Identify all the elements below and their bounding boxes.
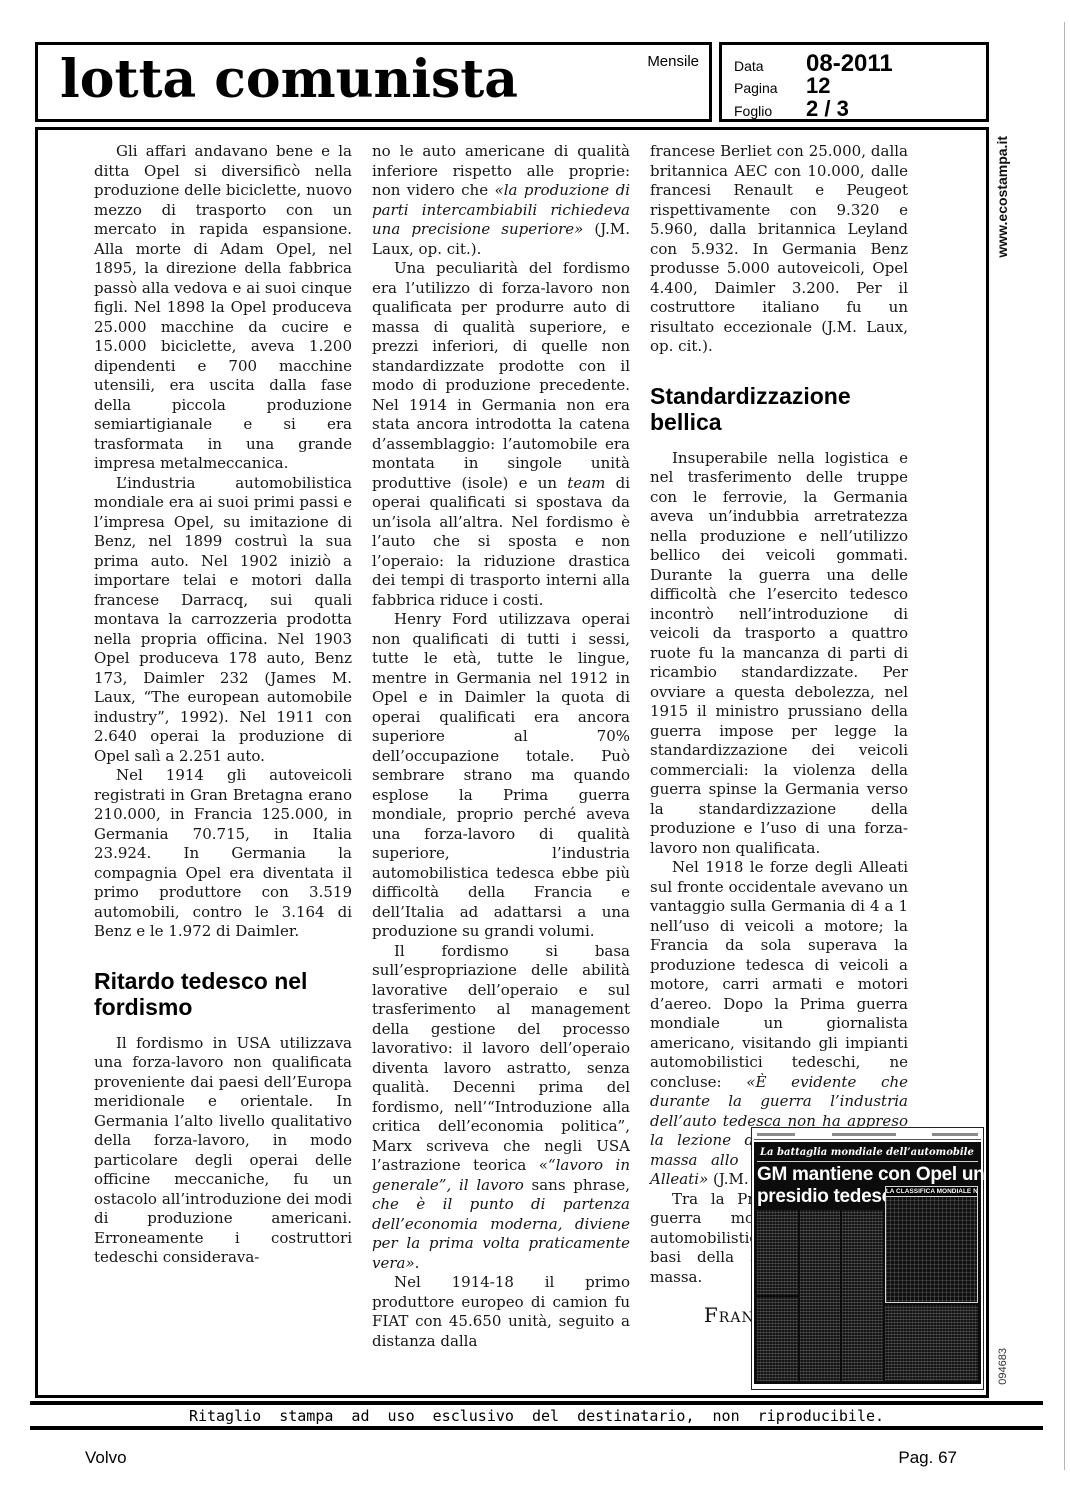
article-frame: Gli affari andavano bene e la ditta Opel… (35, 127, 989, 1398)
inset-header-dash (832, 1133, 896, 1136)
inset-text-columns (757, 1210, 883, 1381)
inset-table-rows (886, 1197, 977, 1302)
inset-left-area: presidio tedesco (757, 1186, 883, 1381)
inset-content-row: presidio tedesco La classifica (757, 1186, 978, 1381)
article-paragraph: Il fordismo si basa sull’espropriazione … (372, 942, 630, 1274)
article-paragraph: Il fordismo in USA utilizzava una forza-… (94, 1034, 352, 1268)
article-paragraph: L’industria automobilistica mondiale era… (94, 474, 352, 767)
meta-label-pagina: Pagina (734, 80, 806, 96)
article-paragraph: Una peculiarità del fordismo era l’utili… (372, 259, 630, 610)
article-paragraph: Insuperabile nella logistica e nel trasf… (650, 449, 908, 859)
footer-page-number: Pag. 67 (898, 1448, 957, 1468)
meta-label-foglio: Foglio (734, 103, 806, 119)
article-paragraph: Nel 1914 gli autoveicoli registrati in G… (94, 766, 352, 942)
meta-value-foglio: 2 / 3 (806, 96, 849, 122)
inset-table-title: La classifica mondiale nel 2010 (886, 1187, 977, 1197)
section-heading: Ritardo tedesco nel fordismo (94, 968, 352, 1020)
inset-text-block (757, 1297, 798, 1382)
inset-header-dash (932, 1133, 978, 1136)
inset-kicker: La battaglia mondiale dell’automobile (757, 1145, 978, 1162)
inset-text-block (885, 1305, 978, 1381)
article-column-2: no le auto americane di qualità inferior… (372, 142, 630, 1351)
publication-frequency: Mensile (647, 53, 699, 70)
article-paragraph: no le auto americane di qualità inferior… (372, 142, 630, 259)
press-clipping-page: lotta comunista Mensile Data 08-2011 Pag… (0, 0, 1070, 1500)
article-column-1: Gli affari andavano bene e la ditta Opel… (94, 142, 352, 1351)
inset-right-area: La classifica mondiale nel 2010 (885, 1186, 978, 1381)
meta-label-data: Data (734, 58, 806, 74)
meta-row-data: Data 08-2011 (734, 50, 974, 73)
meta-row-foglio: Foglio 2 / 3 (734, 96, 974, 119)
article-paragraph: Henry Ford utilizzava operai non qualifi… (372, 610, 630, 942)
inset-text-block (757, 1210, 798, 1295)
article-paragraph: francese Berliet con 25.000, dalla brita… (650, 142, 908, 357)
inset-text-column (842, 1210, 883, 1381)
section-heading: Standardizzazione bellica (650, 383, 908, 435)
inset-text-column (757, 1210, 798, 1381)
publication-title: lotta comunista (60, 49, 518, 110)
inset-clipping-body: La battaglia mondiale dell’automobile GM… (754, 1142, 981, 1384)
inset-mini-masthead (754, 1130, 981, 1140)
inset-header-dash (757, 1133, 795, 1136)
reproduction-notice: Ritaglio stampa ad uso esclusivo del des… (30, 1401, 1043, 1430)
page-footer: Volvo Pag. 67 (0, 1448, 1070, 1468)
clipping-meta-box: Data 08-2011 Pagina 12 Foglio 2 / 3 (719, 42, 989, 122)
article-paragraph: Nel 1914-18 il primo produttore europeo … (372, 1273, 630, 1351)
inset-ranking-table: La classifica mondiale nel 2010 (885, 1186, 978, 1303)
inset-headline-line1: GM mantiene con Opel un (757, 1164, 978, 1185)
inset-clipping-image: La battaglia mondiale dell’automobile GM… (751, 1127, 984, 1390)
article-paragraph: Gli affari andavano bene e la ditta Opel… (94, 142, 352, 474)
ecostampa-watermark: www.ecostampa.it (994, 136, 1010, 258)
inset-headline-line2: presidio tedesco (757, 1186, 883, 1207)
clipping-code: 094683 (997, 1348, 1009, 1385)
scan-edge-line (1064, 22, 1065, 1470)
masthead-box: lotta comunista Mensile (35, 42, 712, 122)
footer-client: Volvo (85, 1448, 127, 1468)
article-column-3-text: francese Berliet con 25.000, dalla brita… (650, 142, 908, 1287)
inset-text-column (800, 1210, 841, 1381)
